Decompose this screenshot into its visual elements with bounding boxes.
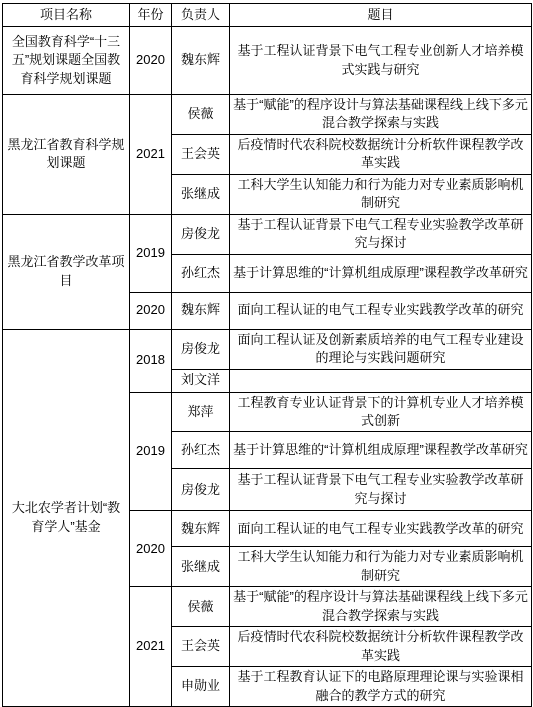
title-cell: 基于计算思维的“计算机组成原理”课程教学改革研究 bbox=[230, 432, 532, 469]
header-row: 项目名称 年份 负责人 题目 bbox=[3, 4, 532, 27]
leader-cell: 魏东辉 bbox=[172, 511, 230, 547]
leader-cell: 侯薇 bbox=[172, 587, 230, 627]
header-title: 题目 bbox=[230, 4, 532, 27]
table-row: 黑龙江省教学改革项目 2019 房俊龙 基于工程认证背景下电气工程专业实验教学改… bbox=[3, 214, 532, 254]
project-name-cell: 全国教育科学“十三五”规划课题全国教育科学规划课题 bbox=[3, 27, 130, 95]
project-name-cell: 大北农学者计划“教育学人”基金 bbox=[3, 329, 130, 706]
leader-cell: 魏东辉 bbox=[172, 27, 230, 95]
leader-cell: 侯薇 bbox=[172, 95, 230, 135]
year-cell: 2019 bbox=[130, 214, 172, 292]
leader-cell: 郑萍 bbox=[172, 392, 230, 432]
header-project-name: 项目名称 bbox=[3, 4, 130, 27]
table-row: 黑龙江省教育科学规划课题 2021 侯薇 基于“赋能”的程序设计与算法基础课程线… bbox=[3, 95, 532, 135]
leader-cell: 张继成 bbox=[172, 174, 230, 214]
projects-table: 项目名称 年份 负责人 题目 全国教育科学“十三五”规划课题全国教育科学规划课题… bbox=[2, 3, 532, 707]
title-cell: 工科大学生认知能力和行为能力对专业素质影响机制研究 bbox=[230, 547, 532, 587]
title-cell: 工程教育专业认证背景下的计算机专业人才培养模式创新 bbox=[230, 392, 532, 432]
header-leader: 负责人 bbox=[172, 4, 230, 27]
leader-cell: 孙红杰 bbox=[172, 254, 230, 292]
leader-cell: 申勋业 bbox=[172, 667, 230, 707]
title-cell: 基于工程认证背景下电气工程专业创新人才培养模式实践与研究 bbox=[230, 27, 532, 95]
table-row: 大北农学者计划“教育学人”基金 2018 房俊龙 面向工程认证及创新素质培养的电… bbox=[3, 329, 532, 369]
leader-cell: 房俊龙 bbox=[172, 214, 230, 254]
year-cell: 2020 bbox=[130, 27, 172, 95]
leader-cell: 魏东辉 bbox=[172, 292, 230, 329]
title-cell: 基于“赋能”的程序设计与算法基础课程线上线下多元混合教学探索与实践 bbox=[230, 95, 532, 135]
title-cell: 基于工程认证背景下电气工程专业实验教学改革研究与探讨 bbox=[230, 214, 532, 254]
project-name-cell: 黑龙江省教育科学规划课题 bbox=[3, 95, 130, 215]
leader-cell: 刘文洋 bbox=[172, 369, 230, 392]
year-cell: 2018 bbox=[130, 329, 172, 392]
title-cell: 工科大学生认知能力和行为能力对专业素质影响机制研究 bbox=[230, 174, 532, 214]
year-cell: 2021 bbox=[130, 587, 172, 707]
year-cell: 2020 bbox=[130, 511, 172, 587]
title-cell: 面向工程认证的电气工程专业实践教学改革的研究 bbox=[230, 511, 532, 547]
title-cell: 基于工程教育认证下的电路原理理论课与实验课相融合的教学方式的研究 bbox=[230, 667, 532, 707]
title-cell: 基于工程认证背景下电气工程专业实验教学改革研究与探讨 bbox=[230, 469, 532, 511]
year-cell: 2019 bbox=[130, 392, 172, 511]
table-row: 全国教育科学“十三五”规划课题全国教育科学规划课题 2020 魏东辉 基于工程认… bbox=[3, 27, 532, 95]
leader-cell: 王会英 bbox=[172, 627, 230, 667]
title-cell: 面向工程认证的电气工程专业实践教学改革的研究 bbox=[230, 292, 532, 329]
title-cell: 基于“赋能”的程序设计与算法基础课程线上线下多元混合教学探索与实践 bbox=[230, 587, 532, 627]
document-page: 项目名称 年份 负责人 题目 全国教育科学“十三五”规划课题全国教育科学规划课题… bbox=[0, 0, 533, 681]
leader-cell: 房俊龙 bbox=[172, 329, 230, 369]
leader-cell: 房俊龙 bbox=[172, 469, 230, 511]
header-year: 年份 bbox=[130, 4, 172, 27]
leader-cell: 王会英 bbox=[172, 134, 230, 174]
leader-cell: 张继成 bbox=[172, 547, 230, 587]
title-cell: 后疫情时代农科院校数据统计分析软件课程教学改革实践 bbox=[230, 134, 532, 174]
title-cell: 后疫情时代农科院校数据统计分析软件课程教学改革实践 bbox=[230, 627, 532, 667]
year-cell: 2021 bbox=[130, 95, 172, 215]
title-cell: 面向工程认证及创新素质培养的电气工程专业建设的理论与实践问题研究 bbox=[230, 329, 532, 369]
year-cell: 2020 bbox=[130, 292, 172, 329]
leader-cell: 孙红杰 bbox=[172, 432, 230, 469]
project-name-cell: 黑龙江省教学改革项目 bbox=[3, 214, 130, 329]
title-cell: 基于计算思维的“计算机组成原理”课程教学改革研究 bbox=[230, 254, 532, 292]
title-cell bbox=[230, 369, 532, 392]
